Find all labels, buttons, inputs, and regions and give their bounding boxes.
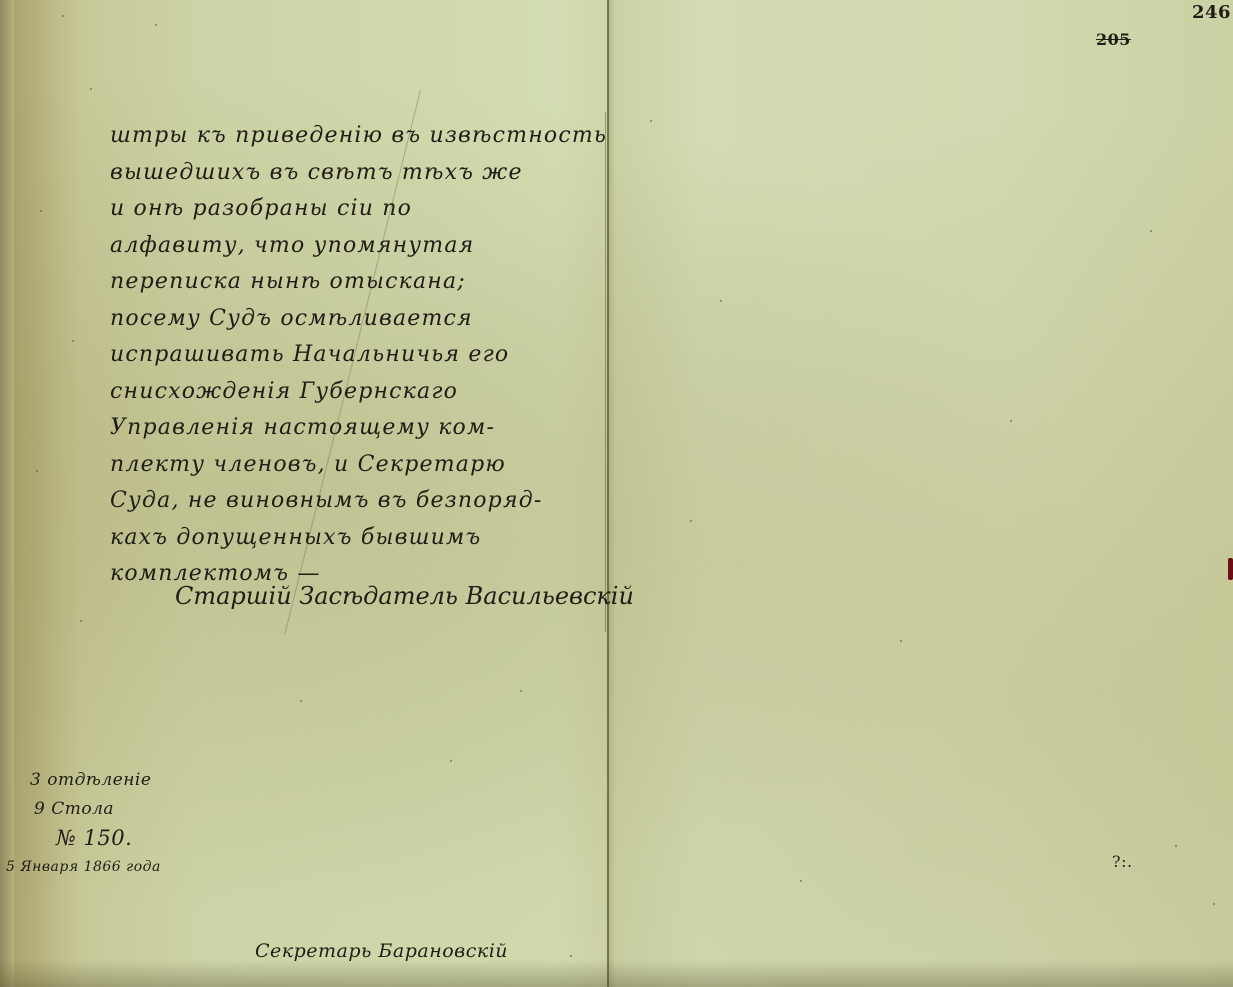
- body-line: Суда, не виновнымъ въ безпоряд-: [110, 483, 605, 520]
- speck: [650, 120, 652, 122]
- speck: [90, 88, 92, 90]
- bottom-edge-shadow: [0, 960, 1233, 987]
- body-line: штры къ приведенію въ извѣстность: [110, 118, 605, 155]
- body-line: снисхожденія Губернскаго: [110, 374, 605, 411]
- speck: [80, 620, 82, 622]
- speck: [36, 470, 38, 472]
- body-line: и онѣ разобраны сіи по: [110, 191, 605, 228]
- body-line: Управленія настоящему ком-: [110, 410, 605, 447]
- speck: [1175, 845, 1177, 847]
- document-number: № 150.: [30, 824, 161, 853]
- speck: [690, 520, 692, 522]
- speck: [300, 700, 302, 702]
- speck: [570, 955, 572, 957]
- speck: [900, 640, 902, 642]
- speck: [1213, 903, 1215, 905]
- speck: [450, 760, 452, 762]
- body-line: алфавиту, что упомянутая: [110, 228, 605, 265]
- body-line: вышедшихъ въ свѣтъ тѣхъ же: [110, 155, 605, 192]
- registration-block: 3 отдѣленіе 9 Стола № 150. 5 Января 1866…: [30, 766, 161, 882]
- speck: [62, 15, 64, 17]
- speck: [155, 24, 157, 26]
- speck: [72, 340, 74, 342]
- speck: [1010, 420, 1012, 422]
- speck: [800, 880, 802, 882]
- letter-body: штры къ приведенію въ извѣстность вышедш…: [110, 118, 605, 593]
- desk-line: 9 Стола: [30, 795, 161, 824]
- page-number: 246: [1192, 2, 1231, 23]
- assessor-signature: Старшій Засѣдатель Васильевскій: [175, 582, 634, 610]
- old-page-number-struck: 205: [1096, 30, 1131, 49]
- speck: [40, 210, 42, 212]
- body-line: испрашивать Начальничья его: [110, 337, 605, 374]
- body-line: плекту членовъ, и Секретарю: [110, 447, 605, 484]
- speck: [720, 300, 722, 302]
- body-line: посему Судъ осмѣливается: [110, 301, 605, 338]
- body-line: переписка нынѣ отыскана;: [110, 264, 605, 301]
- page-fold: [607, 0, 609, 987]
- speck: [520, 690, 522, 692]
- body-line: кахъ допущенныхъ бывшимъ: [110, 520, 605, 557]
- red-seal-fragment: [1228, 558, 1233, 580]
- document-date: 5 Января 1866 года: [6, 853, 161, 882]
- secretary-signature: Секретарь Барановскій: [255, 940, 508, 962]
- binding-edge: [0, 0, 14, 987]
- department-line: 3 отдѣленіе: [30, 766, 161, 795]
- ink-marks: ?:.: [1112, 852, 1133, 871]
- text-margin-line: [605, 112, 606, 632]
- speck: [1150, 230, 1152, 232]
